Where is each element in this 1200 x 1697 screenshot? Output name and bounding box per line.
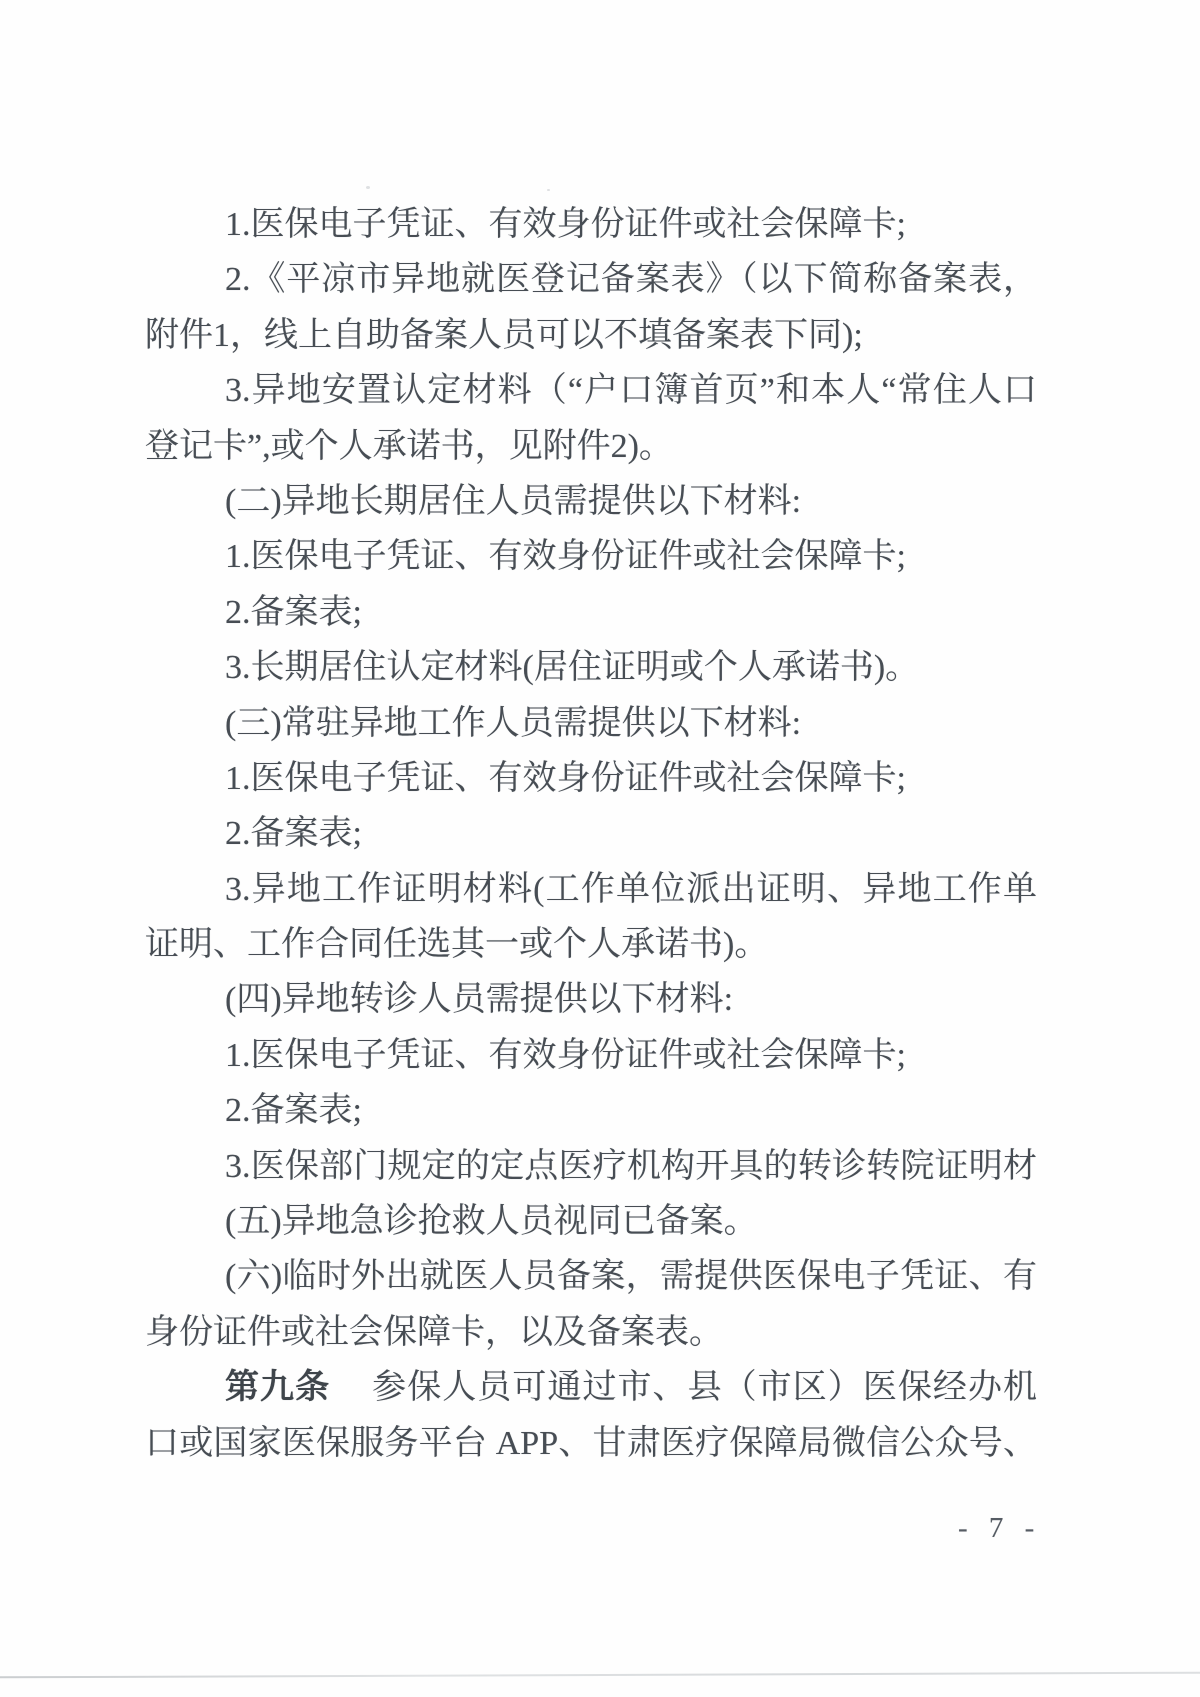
line-text: 2.《平凉市异地就医登记备案表》（以下简称备案表，见 [145,261,1037,307]
document-line: 2.备案表; [145,585,1037,640]
page-number: - 7 - [958,1512,1058,1545]
line-text: 3.异地工作证明材料(工作单位派出证明、异地工作单位 [145,871,1037,917]
document-line: 登记卡”,或个人承诺书，见附件2)。 [145,419,1037,474]
document-line: 1.医保电子凭证、有效身份证件或社会保障卡; [145,751,1037,806]
document-line-article-9: 第九条参保人员可通过市、县（市区）医保经办机构窗 [145,1360,1037,1415]
document-line: 3.长期居住认定材料(居住证明或个人承诺书)。 [145,640,1037,695]
line-text: 1.医保电子凭证、有效身份证件或社会保障卡; [225,538,906,575]
document-line: (五)异地急诊抢救人员视同已备案。 [145,1194,1037,1249]
line-text: 3.异地安置认定材料（“户口簿首页”和本人“常住人口 [225,372,1037,409]
line-text: 2.备案表; [225,1092,362,1129]
document-line: 1.医保电子凭证、有效身份证件或社会保障卡; [145,1028,1037,1083]
line-text: 2.备案表; [225,815,362,852]
document-line: (二)异地长期居住人员需提供以下材料: [145,474,1037,529]
scan-speck [547,189,550,191]
document-line: 1.医保电子凭证、有效身份证件或社会保障卡; [145,529,1037,584]
line-text: (六)临时外出就医人员备案，需提供医保电子凭证、有效 [145,1258,1037,1304]
line-text: 1.医保电子凭证、有效身份证件或社会保障卡; [225,760,906,797]
document-line: 3.异地工作证明材料(工作单位派出证明、异地工作单位 [145,862,1037,917]
line-text: 1.医保电子凭证、有效身份证件或社会保障卡; [225,206,906,243]
line-text: (四)异地转诊人员需提供以下材料: [225,981,733,1018]
document-line: 身份证件或社会保障卡，以及备案表。 [145,1305,1037,1360]
scan-speck [366,186,370,189]
line-text: 附件1，线上自助备案人员可以不填备案表下同); [145,317,863,354]
document-line: 2.备案表; [145,1083,1037,1138]
line-text: 2.备案表; [225,594,362,631]
line-text: (三)常驻异地工作人员需提供以下材料: [225,705,801,742]
article-number-label: 第九条 [225,1369,330,1406]
line-text: (二)异地长期居住人员需提供以下材料: [225,483,801,520]
line-text: 3.医保部门规定的定点医疗机构开具的转诊转院证明材料。 [145,1148,1037,1194]
document-line: 2.备案表; [145,806,1037,861]
line-text: (五)异地急诊抢救人员视同已备案。 [225,1203,758,1240]
line-text: 身份证件或社会保障卡，以及备案表。 [145,1314,723,1351]
line-text: 口或国家医保服务平台 APP、甘肃医疗保障局微信公众号、国 [145,1425,1037,1471]
document-line: 3.异地安置认定材料（“户口簿首页”和本人“常住人口 [145,363,1037,418]
document-line: 证明、工作合同任选其一或个人承诺书)。 [145,917,1037,972]
line-text: 3.长期居住认定材料(居住证明或个人承诺书)。 [225,649,919,686]
document-line: 2.《平凉市异地就医登记备案表》（以下简称备案表，见 [145,252,1037,307]
document-body: 1.医保电子凭证、有效身份证件或社会保障卡; 2.《平凉市异地就医登记备案表》（… [145,197,1037,1471]
document-line: 3.医保部门规定的定点医疗机构开具的转诊转院证明材料。 [145,1139,1037,1194]
line-text: 1.医保电子凭证、有效身份证件或社会保障卡; [225,1037,906,1074]
scan-artifact-line [0,1672,1200,1678]
document-line: (六)临时外出就医人员备案，需提供医保电子凭证、有效 [145,1249,1037,1304]
document-line: 口或国家医保服务平台 APP、甘肃医疗保障局微信公众号、国 [145,1416,1037,1471]
document-line: (四)异地转诊人员需提供以下材料: [145,972,1037,1027]
document-page: 1.医保电子凭证、有效身份证件或社会保障卡; 2.《平凉市异地就医登记备案表》（… [0,0,1200,1697]
document-line: (三)常驻异地工作人员需提供以下材料: [145,696,1037,751]
line-text: 证明、工作合同任选其一或个人承诺书)。 [145,926,768,963]
document-line: 1.医保电子凭证、有效身份证件或社会保障卡; [145,197,1037,252]
document-line: 附件1，线上自助备案人员可以不填备案表下同); [145,308,1037,363]
line-text: 登记卡”,或个人承诺书，见附件2)。 [145,428,673,465]
